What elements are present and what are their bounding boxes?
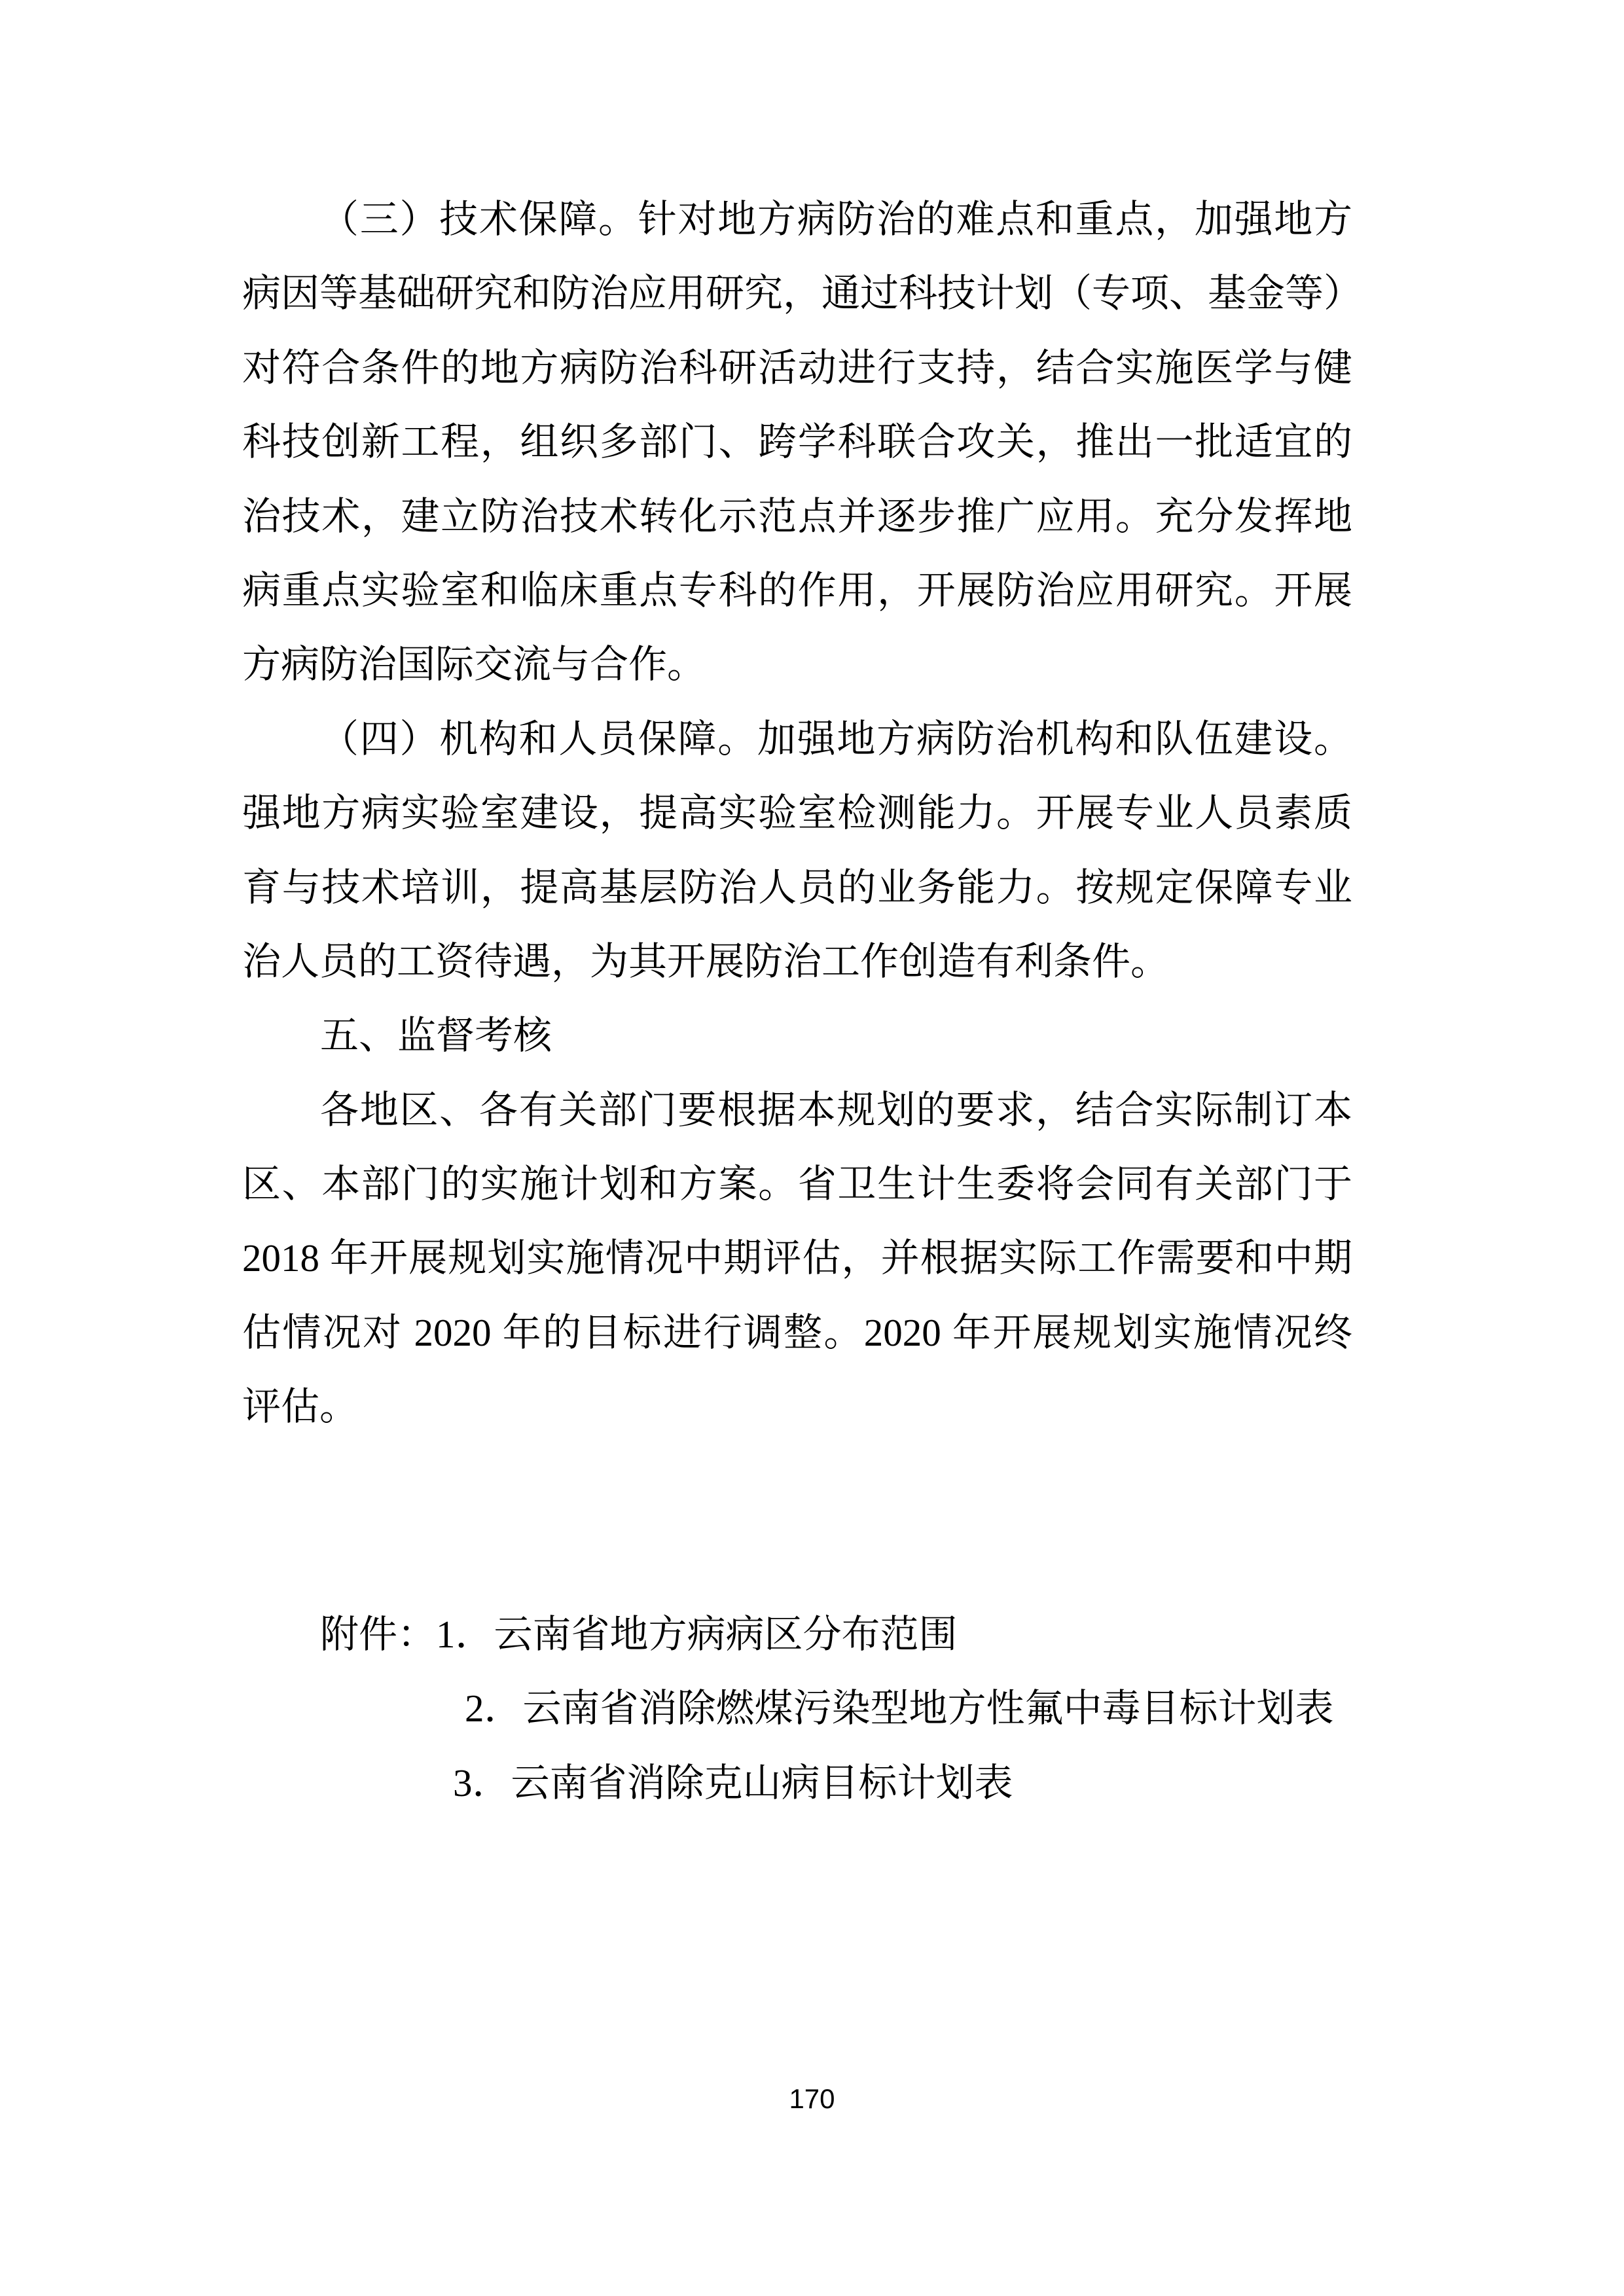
- attachment-line: 2．云南省消除燃煤污染型地方性氟中毒目标计划表: [242, 1672, 1352, 1746]
- body-text-line: 对符合条件的地方病防治科研活动进行支持，结合实施医学与健康: [242, 331, 1352, 405]
- body-text-line: 各地区、各有关部门要根据本规划的要求，结合实际制订本地: [242, 1073, 1352, 1147]
- body-text-line: 2018 年开展规划实施情况中期评估，并根据实际工作需要和中期评: [242, 1221, 1352, 1295]
- body-text-line: 区、本部门的实施计划和方案。省卫生计生委将会同有关部门于: [242, 1147, 1352, 1221]
- body-text-line: 病因等基础研究和防治应用研究，通过科技计划（专项、基金等）: [242, 257, 1352, 331]
- body-text-line: （三）技术保障。针对地方病防治的难点和重点，加强地方病: [242, 183, 1352, 257]
- document-page: （三）技术保障。针对地方病防治的难点和重点，加强地方病病因等基础研究和防治应用研…: [0, 0, 1624, 2296]
- body-text-line: 方病防治国际交流与合作。: [242, 628, 1352, 702]
- body-text-line: 强地方病实验室建设，提高实验室检测能力。开展专业人员素质教: [242, 776, 1352, 850]
- body-text-line: 育与技术培训，提高基层防治人员的业务能力。按规定保障专业防: [242, 851, 1352, 925]
- body-text-line: 评估。: [242, 1370, 1352, 1444]
- body-text-line: 病重点实验室和临床重点专科的作用，开展防治应用研究。开展地: [242, 554, 1352, 628]
- body-text-line: 治技术，建立防治技术转化示范点并逐步推广应用。充分发挥地方: [242, 480, 1352, 554]
- body-text-line: 治人员的工资待遇，为其开展防治工作创造有利条件。: [242, 925, 1352, 999]
- attachment-line: 3．云南省消除克山病目标计划表: [242, 1746, 1352, 1820]
- body-text-line: 科技创新工程，组织多部门、跨学科联合攻关，推出一批适宜的防: [242, 405, 1352, 479]
- body-text-line: 估情况对 2020 年的目标进行调整。2020 年开展规划实施情况终期: [242, 1296, 1352, 1370]
- body-text-line: 五、监督考核: [242, 999, 1352, 1073]
- body-text-line: （四）机构和人员保障。加强地方病防治机构和队伍建设。加: [242, 702, 1352, 776]
- document-body: （三）技术保障。针对地方病防治的难点和重点，加强地方病病因等基础研究和防治应用研…: [242, 183, 1352, 1444]
- attachment-line: 附件：1．云南省地方病病区分布范围: [242, 1598, 1352, 1672]
- attachment-list: 附件：1．云南省地方病病区分布范围2．云南省消除燃煤污染型地方性氟中毒目标计划表…: [242, 1598, 1352, 1820]
- page-number: 170: [0, 2085, 1624, 2113]
